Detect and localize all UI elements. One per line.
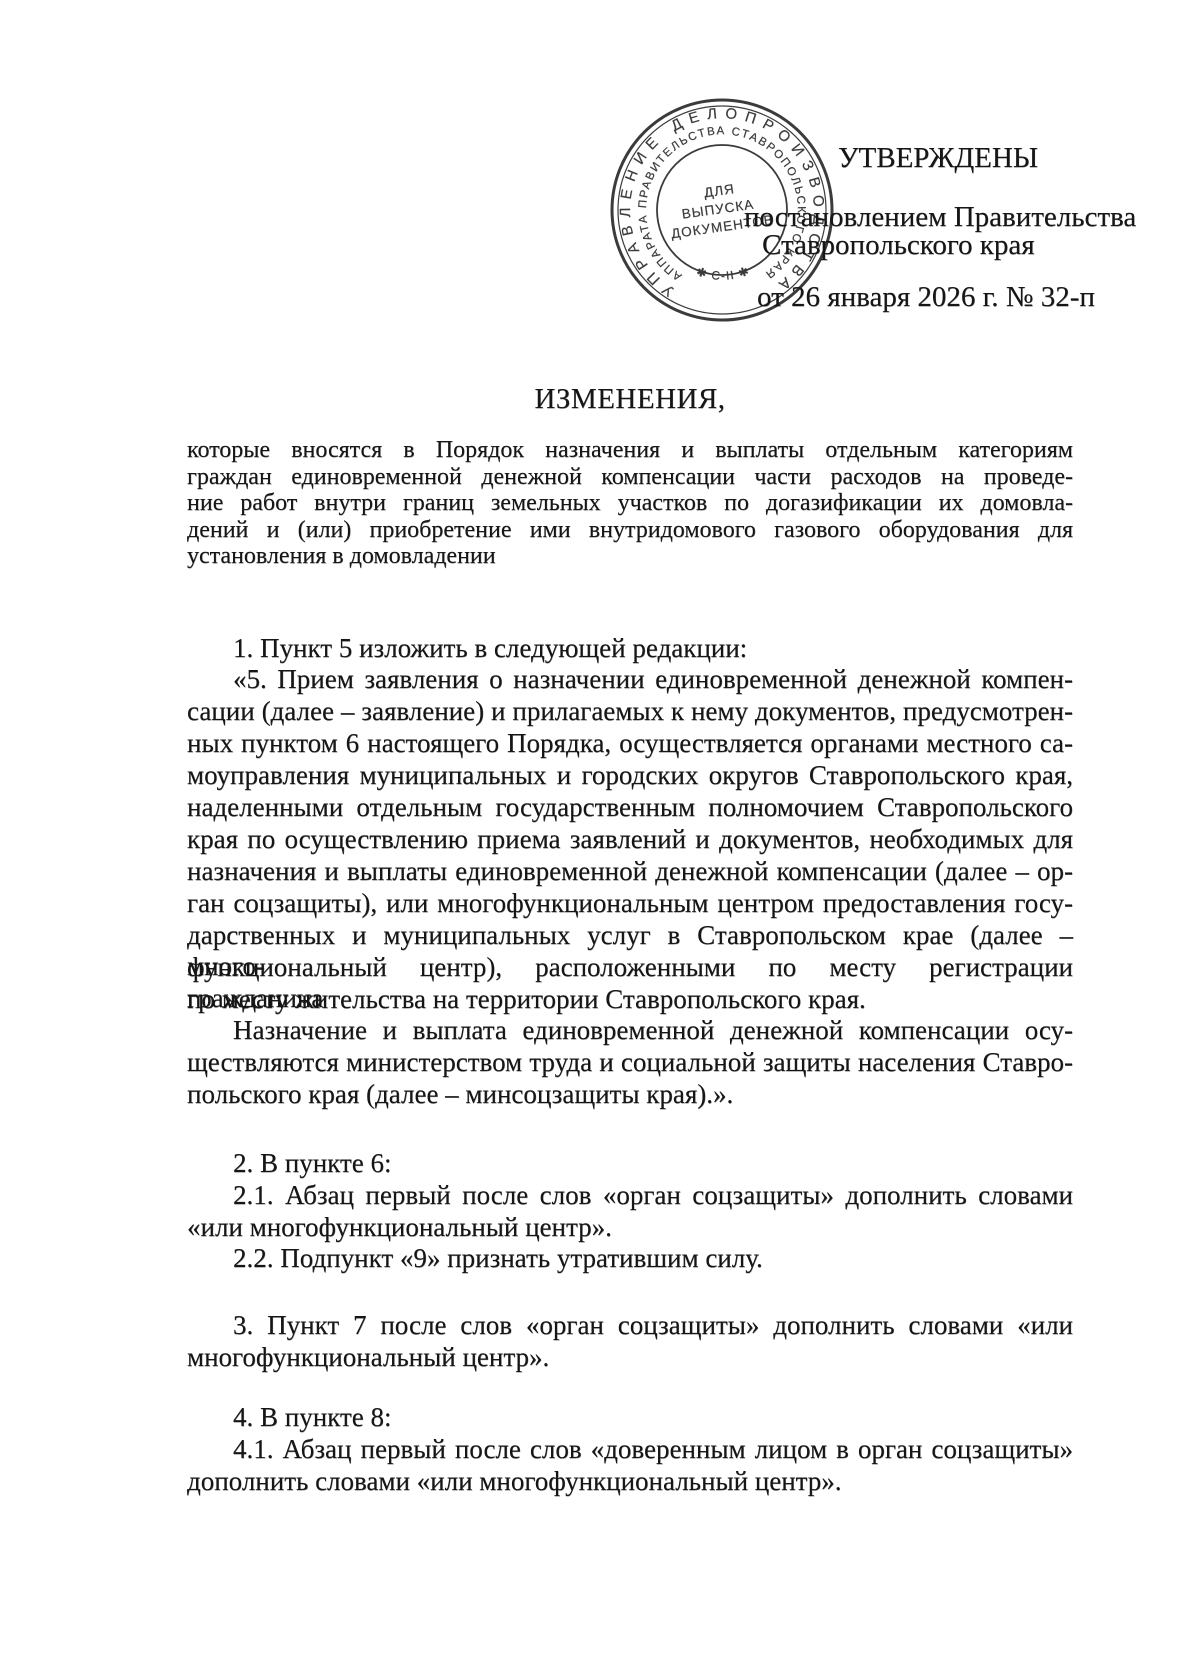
text-line: дополнить словами «или многофункциональн… — [187, 1466, 1073, 1498]
approval-authority-line1: постановлением Правительства — [744, 203, 1136, 232]
text-line: 2.2. Подпункт «9» признать утратившим си… — [187, 1243, 1073, 1275]
paragraph-point-4: 4. В пункте 8: — [187, 1402, 1073, 1434]
text-line: 2.1. Абзац первый после слов «орган соцз… — [187, 1180, 1073, 1212]
text-line: 1. Пункт 5 изложить в следующей редакции… — [187, 633, 1073, 665]
text-line: назначения и выплаты единовременной дене… — [187, 856, 1073, 888]
text-line: функциональный центр), расположенными по… — [187, 952, 1073, 984]
text-line: ществляются министерством труда и социал… — [187, 1047, 1073, 1079]
text-line: ных пунктом 6 настоящего Порядка, осущес… — [187, 728, 1073, 760]
approval-authority-line2: Ставропольского края — [762, 231, 1035, 260]
paragraph-point-2-1: 2.1. Абзац первый после слов «орган соцз… — [187, 1180, 1073, 1244]
text-line: 2. В пункте 6: — [187, 1148, 1073, 1180]
intro-paragraph: которые вносятся в Порядок назначения и … — [187, 437, 1073, 570]
text-line: края по осуществлению приема заявлений и… — [187, 824, 1073, 856]
text-line: моуправления муниципальных и городских о… — [187, 760, 1073, 792]
paragraph-point-2: 2. В пункте 6: — [187, 1148, 1073, 1180]
text-line: установления в домовладении — [187, 543, 1073, 570]
text-line: польского края (далее – минсоцзащиты кра… — [187, 1079, 1073, 1111]
text-line: которые вносятся в Порядок назначения и … — [187, 437, 1073, 464]
stamp-bottom-text: ✱ С-II ✱ — [695, 264, 752, 283]
paragraph-point-5-new-text: «5. Прием заявления о назначении единовр… — [187, 664, 1073, 1016]
document-title: ИЗМЕНЕНИЯ, — [187, 383, 1073, 416]
text-line: 4.1. Абзац первый после слов «доверенным… — [187, 1434, 1073, 1466]
paragraph-point-1: 1. Пункт 5 изложить в следующей редакции… — [187, 633, 1073, 665]
text-line: «5. Прием заявления о назначении единовр… — [187, 664, 1073, 696]
svg-text:ДЛЯ: ДЛЯ — [703, 181, 736, 200]
paragraph-point-2-2: 2.2. Подпункт «9» признать утратившим си… — [187, 1243, 1073, 1275]
text-line: сации (далее – заявление) и прилагаемых … — [187, 696, 1073, 728]
text-line: «или многофункциональный центр». — [187, 1212, 1073, 1244]
paragraph-point-4-1: 4.1. Абзац первый после слов «доверенным… — [187, 1434, 1073, 1498]
text-line: ган соцзащиты), или многофункциональным … — [187, 888, 1073, 920]
approval-date-number: от 26 января 2026 г. № 32-п — [757, 283, 1095, 312]
text-line: многофункциональный центр». — [187, 1342, 1073, 1374]
text-line: по месту жительства на территории Ставро… — [187, 984, 1073, 1016]
text-line: 3. Пункт 7 после слов «орган соцзащиты» … — [187, 1310, 1073, 1342]
text-line: Назначение и выплата единовременной дене… — [187, 1015, 1073, 1047]
text-line: граждан единовременной денежной компенса… — [187, 464, 1073, 491]
text-line: дарственных и муниципальных услуг в Став… — [187, 920, 1073, 952]
text-line: 4. В пункте 8: — [187, 1402, 1073, 1434]
approval-heading: УТВЕРЖДЕНЫ — [838, 144, 1038, 173]
document-page: УПРАВЛЕНИЕ ДЕЛОПРОИЗВОДСТВА АППАРАТА ПРА… — [0, 0, 1200, 1678]
text-line: дений и (или) приобретение ими внутридом… — [187, 517, 1073, 544]
text-line: наделенными отдельным государственным по… — [187, 792, 1073, 824]
paragraph-appointment-payment: Назначение и выплата единовременной дене… — [187, 1015, 1073, 1111]
paragraph-point-3: 3. Пункт 7 после слов «орган соцзащиты» … — [187, 1310, 1073, 1374]
text-line: ние работ внутри границ земельных участк… — [187, 490, 1073, 517]
